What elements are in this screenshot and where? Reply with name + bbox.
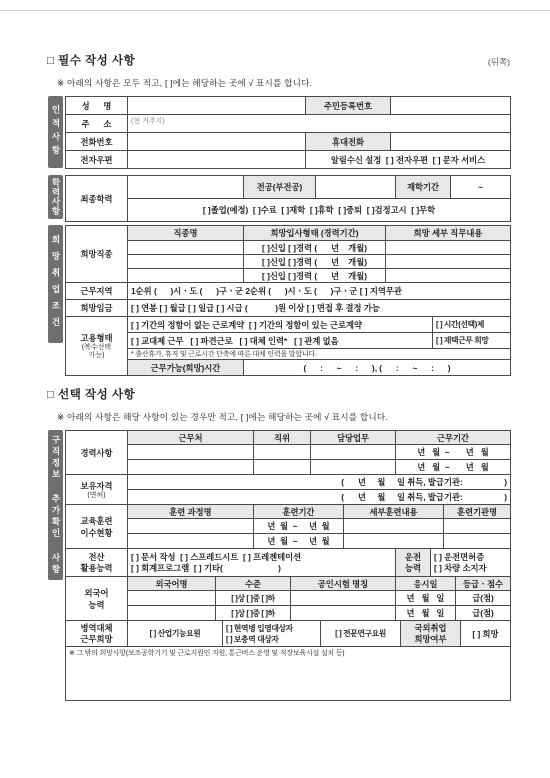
- career-header-row: 경력사항 근무처 직위 담당업무 근무기간: [66, 431, 511, 445]
- address-hint: (현 거주지): [131, 118, 165, 125]
- training-label: 교육훈련 이수현황: [66, 505, 128, 549]
- course-name-input-2: [128, 534, 254, 549]
- education-table: 최종학력 전공(부전공) 재학기간 ~ [ ]졸업(예정) [ ]수료 [ ]재…: [65, 175, 511, 222]
- phone-label: 전화번호: [66, 133, 128, 151]
- form-page: □ 필수 작성 사항 (뒤쪽) ※ 아래의 사항은 모두 적고, [ ]에는 해…: [47, 52, 510, 701]
- work-region-options: 1순위 ( )시ㆍ도 ( )구ㆍ군 2순위 ( )시ㆍ도 ( )구ㆍ군 [ ] …: [128, 283, 511, 300]
- duty-input-2: [311, 460, 396, 475]
- email-label: 전자우편: [66, 151, 128, 169]
- other-wishes-note: ※ 그 밖의 희망사항(보조공학기기 및 근로지원인 지원, 통근버스 운영 및…: [66, 647, 511, 659]
- conditions-table: 희망직종 직종명 희망입사형태 (경력기간) 희망 세부 직무내용 [ ]신입 …: [65, 225, 511, 376]
- job-row-3: [ ]신입 [ ]경력 ( 년 개월): [66, 269, 511, 283]
- workplace-input-2: [128, 460, 254, 475]
- training-row-2: 년 월 ~ 년 월: [66, 534, 511, 549]
- email-input-cell: [128, 151, 306, 169]
- employment-type-label: 고용형태 (복수선택 가능): [66, 317, 128, 376]
- computer-skill-table: 전산 활용능력 [ ] 문서 작성 [ ] 스프레드시트 [ ] 프레젠테이션 …: [65, 548, 511, 577]
- work-hours-input-cell: ( : ~ : ), ( : ~ : ): [244, 360, 511, 376]
- enlistment-options: [ ] 현역병 입영대상자 [ ] 보충역 대상자: [223, 621, 321, 647]
- rrn-input-cell: [391, 97, 511, 115]
- row-education-status: [ ]졸업(예정) [ ]수료 [ ]재학 [ ]휴학 [ ]중퇴 [ ]검정고…: [66, 199, 511, 222]
- remote-work-option: [ ] 재택근무 희망: [433, 333, 511, 349]
- address-label: 주 소: [66, 115, 128, 133]
- training-period-input-1: 년 월 ~ 년 월: [254, 519, 344, 534]
- computer-skill-label: 전산 활용능력: [66, 549, 128, 577]
- desired-salary-options: [ ] 연봉 [ ] 월급 [ ] 일급 [ ] 시급 ( )원 이상 [ ] …: [128, 300, 511, 317]
- duty-header: 담당업무: [311, 431, 396, 445]
- contract-type-options: [ ] 기간의 정함이 없는 근로계약 [ ] 기간의 정함이 있는 근로계약: [128, 317, 433, 333]
- shift-work-options: [ ] 교대제 근무 [ ] 파견근로 [ ] 대체 인력* [ ] 관계 없음: [128, 333, 433, 349]
- computer-skill-options: [ ] 문서 작성 [ ] 스프레드시트 [ ] 프레젠테이션 [ ] 회계프로…: [128, 549, 396, 577]
- exam-name-header: 공인시험 명칭: [291, 577, 396, 591]
- entry-type-input-1: [ ]신입 [ ]경력 ( 년 개월): [244, 241, 386, 255]
- work-period-input-2: 년 월 ~ 년 월: [396, 460, 511, 475]
- row-final-education: 최종학력 전공(부전공) 재학기간 ~: [66, 176, 511, 199]
- career-table: 경력사항 근무처 직위 담당업무 근무기간 년 월 ~ 년 월 년 월 ~ 년 …: [65, 430, 511, 475]
- row-address: 주 소 (현 거주지): [66, 115, 511, 133]
- education-block: 학력사항 최종학력 전공(부전공) 재학기간 ~ [ ]졸업(예정) [ ]수료…: [65, 175, 510, 222]
- employment-type-sub1: (복수선택: [69, 344, 124, 352]
- license-row-2: ( 년 월 일 취득, 발급기관: ): [66, 490, 511, 505]
- employment-type-row-1: 고용형태 (복수선택 가능) [ ] 기간의 정함이 없는 근로계약 [ ] 기…: [66, 317, 511, 333]
- driving-label: 운전 능력: [396, 549, 431, 577]
- name-input-cell: [128, 97, 306, 115]
- personal-info-table: 성 명 주민등록번호 주 소 (현 거주지) 전화번호 휴대전화 전자우편 알림…: [65, 96, 511, 169]
- entry-type-header: 희망입사형태 (경력기간): [244, 226, 386, 241]
- work-period-header: 근무기간: [396, 431, 511, 445]
- overseas-employment-label: 국외취업 희망여부: [401, 621, 461, 647]
- language-table: 외국어 능력 외국어명 수준 공인시험 명칭 응시일 등급ㆍ점수 [ ]상 [ …: [65, 576, 511, 621]
- work-region-row: 근무지역 1순위 ( )시ㆍ도 ( )구ㆍ군 2순위 ( )시ㆍ도 ( )구ㆍ군…: [66, 283, 511, 300]
- page-top-rule: [0, 10, 550, 11]
- training-detail-header: 세부훈련내용: [344, 505, 444, 519]
- language-row-2: [ ]상 [ ]중 [ ]하 년 월 일 급(점): [66, 606, 511, 621]
- language-label: 외국어 능력: [66, 577, 128, 621]
- driving-options: [ ] 운전면허증 [ ] 차량 소지자: [431, 549, 511, 577]
- duty-input-1: [311, 445, 396, 460]
- employment-note-row: * 출산휴가, 휴직 및 근로시간 단축에 따른 대체 인력을 말합니다.: [66, 349, 511, 360]
- desired-salary-row: 희망임금 [ ] 연봉 [ ] 월급 [ ] 일급 [ ] 시급 ( )원 이상…: [66, 300, 511, 317]
- major-input-cell: [316, 176, 396, 199]
- optional-section-title: □ 선택 작성 사항: [47, 386, 135, 402]
- major-label: 전공(부전공): [244, 176, 316, 199]
- course-name-header: 훈련 과정명: [128, 505, 254, 519]
- training-period-header: 훈련기간: [254, 505, 344, 519]
- parttime-option: [ ] 시간(선택)제: [433, 317, 511, 333]
- exam-name-input-1: [291, 591, 396, 606]
- career-row-2: 년 월 ~ 년 월: [66, 460, 511, 475]
- other-wishes-input-row: [66, 659, 511, 701]
- job-title-input-3: [128, 269, 244, 283]
- optional-instruction-note: ※ 아래의 사항은 해당 사항이 있는 경우만 적고, [ ]에는 해당하는 곳…: [57, 411, 510, 423]
- optional-section-header: □ 선택 작성 사항: [47, 386, 510, 402]
- job-row-1: [ ]신입 [ ]경력 ( 년 개월): [66, 241, 511, 255]
- training-table: 교육훈련 이수현황 훈련 과정명 훈련기간 세부훈련내용 훈련기관명 년 월 ~…: [65, 504, 511, 549]
- exam-date-input-2: 년 월 일: [396, 606, 456, 621]
- language-name-input-2: [128, 606, 216, 621]
- entry-type-input-2: [ ]신입 [ ]경력 ( 년 개월): [244, 255, 386, 269]
- enrollment-period-input-cell: ~: [451, 176, 511, 199]
- final-education-label: 최종학력: [66, 176, 128, 222]
- language-row-1: [ ]상 [ ]중 [ ]하 년 월 일 급(점): [66, 591, 511, 606]
- job-detail-header: 희망 세부 직무내용: [386, 226, 511, 241]
- training-org-input-2: [444, 534, 511, 549]
- license-table: 보유자격 (면허) ( 년 월 일 취득, 발급기관: ) ( 년 월 일 취득…: [65, 474, 511, 505]
- license-input-1: ( 년 월 일 취득, 발급기관: ): [128, 475, 511, 490]
- exam-date-input-1: 년 월 일: [396, 591, 456, 606]
- row-phone: 전화번호 휴대전화: [66, 133, 511, 151]
- job-header-row: 희망직종 직종명 희망입사형태 (경력기간) 희망 세부 직무내용: [66, 226, 511, 241]
- career-label: 경력사항: [66, 431, 128, 475]
- back-side-label: (뒤쪽): [488, 56, 510, 68]
- job-title-header: 직종명: [128, 226, 244, 241]
- other-wishes-input-cell: [66, 659, 511, 701]
- course-name-input-1: [128, 519, 254, 534]
- language-level-input-1: [ ]상 [ ]중 [ ]하: [216, 591, 291, 606]
- enrollment-period-label: 재학기간: [396, 176, 451, 199]
- military-label: 병역대체 근무희망: [66, 621, 128, 647]
- military-row: 병역대체 근무희망 [ ] 산업기능요원 [ ] 현역병 입영대상자 [ ] 보…: [66, 621, 511, 647]
- training-row-1: 년 월 ~ 년 월: [66, 519, 511, 534]
- personal-info-block: 인적사항 성 명 주민등록번호 주 소 (현 거주지) 전화번호 휴대전화: [65, 96, 510, 169]
- name-label: 성 명: [66, 97, 128, 115]
- training-detail-input-1: [344, 519, 444, 534]
- alert-setting-cell: 알림수신 설정 [ ] 전자우편 [ ] 문자 서비스: [306, 151, 511, 169]
- license-label: 보유자격 (면허): [66, 475, 128, 505]
- mobile-input-cell: [391, 133, 511, 151]
- work-period-input-1: 년 월 ~ 년 월: [396, 445, 511, 460]
- position-header: 직위: [254, 431, 311, 445]
- employment-type-sub2: 가능): [69, 352, 124, 360]
- job-detail-input-3: [386, 269, 511, 283]
- military-table: 병역대체 근무희망 [ ] 산업기능요원 [ ] 현역병 입영대상자 [ ] 보…: [65, 620, 511, 647]
- training-period-input-2: 년 월 ~ 년 월: [254, 534, 344, 549]
- language-level-header: 수준: [216, 577, 291, 591]
- workplace-input-1: [128, 445, 254, 460]
- tab-education: 학력사항: [48, 175, 63, 219]
- training-detail-input-2: [344, 534, 444, 549]
- language-level-input-2: [ ]상 [ ]중 [ ]하: [216, 606, 291, 621]
- work-hours-label: 근무가능(희망)시간: [128, 360, 244, 376]
- overseas-employment-option: [ ] 희망: [461, 621, 511, 647]
- grade-score-header: 등급ㆍ점수: [456, 577, 511, 591]
- education-status-options: [ ]졸업(예정) [ ]수료 [ ]재학 [ ]휴학 [ ]중퇴 [ ]검정고…: [128, 199, 511, 222]
- row-name: 성 명 주민등록번호: [66, 97, 511, 115]
- job-detail-input-2: [386, 255, 511, 269]
- employment-type-row-2: [ ] 교대제 근무 [ ] 파견근로 [ ] 대체 인력* [ ] 관계 없음…: [66, 333, 511, 349]
- desired-salary-label: 희망임금: [66, 300, 128, 317]
- substitute-worker-note: * 출산휴가, 휴직 및 근로시간 단축에 따른 대체 인력을 말합니다.: [128, 349, 511, 360]
- rrn-label: 주민등록번호: [306, 97, 391, 115]
- job-detail-input-1: [386, 241, 511, 255]
- row-email: 전자우편 알림수신 설정 [ ] 전자우편 [ ] 문자 서비스: [66, 151, 511, 169]
- position-input-2: [254, 460, 311, 475]
- tab-personal-info: 인적사항: [48, 96, 63, 168]
- other-wishes-table: ※ 그 밖의 희망사항(보조공학기기 및 근로지원인 지원, 통근버스 운영 및…: [65, 646, 511, 701]
- mobile-label: 휴대전화: [306, 133, 391, 151]
- license-input-2: ( 년 월 일 취득, 발급기관: ): [128, 490, 511, 505]
- work-hours-row: 근무가능(희망)시간 ( : ~ : ), ( : ~ : ): [66, 360, 511, 376]
- job-title-input-1: [128, 241, 244, 255]
- language-header-row: 외국어 능력 외국어명 수준 공인시험 명칭 응시일 등급ㆍ점수: [66, 577, 511, 591]
- exam-date-header: 응시일: [396, 577, 456, 591]
- industrial-agent-option: [ ] 산업기능요원: [128, 621, 223, 647]
- training-header-row: 교육훈련 이수현황 훈련 과정명 훈련기간 세부훈련내용 훈련기관명: [66, 505, 511, 519]
- grade-score-input-1: 급(점): [456, 591, 511, 606]
- training-org-input-1: [444, 519, 511, 534]
- entry-type-input-3: [ ]신입 [ ]경력 ( 년 개월): [244, 269, 386, 283]
- career-row-1: 년 월 ~ 년 월: [66, 445, 511, 460]
- exam-name-input-2: [291, 606, 396, 621]
- tab-additional-job-info: 구직정보 추가확인 사항: [48, 430, 63, 580]
- phone-input-cell: [128, 133, 306, 151]
- job-title-input-2: [128, 255, 244, 269]
- training-org-header: 훈련기관명: [444, 505, 511, 519]
- conditions-block: 희망취업조건 희망직종 직종명 희망입사형태 (경력기간) 희망 세부 직무내용…: [65, 225, 510, 376]
- work-region-label: 근무지역: [66, 283, 128, 300]
- tab-conditions: 희망취업조건: [48, 225, 63, 343]
- license-sub-label: (면허): [69, 492, 124, 500]
- language-name-input-1: [128, 591, 216, 606]
- language-name-header: 외국어명: [128, 577, 216, 591]
- address-input-cell: (현 거주지): [128, 115, 511, 133]
- grade-score-input-2: 급(점): [456, 606, 511, 621]
- position-input-1: [254, 445, 311, 460]
- required-section-title: □ 필수 작성 사항: [47, 52, 135, 68]
- required-section-header: □ 필수 작성 사항 (뒤쪽): [47, 52, 510, 68]
- other-wishes-note-row: ※ 그 밖의 희망사항(보조공학기기 및 근로지원인 지원, 통근버스 운영 및…: [66, 647, 511, 659]
- license-row-1: 보유자격 (면허) ( 년 월 일 취득, 발급기관: ): [66, 475, 511, 490]
- desired-job-label: 희망직종: [66, 226, 128, 283]
- research-agent-option: [ ] 전문연구요원: [321, 621, 401, 647]
- required-instruction-note: ※ 아래의 사항은 모두 적고, [ ]에는 해당하는 곳에 √ 표시를 합니다…: [57, 77, 510, 89]
- final-education-input-cell: [128, 176, 244, 199]
- workplace-header: 근무처: [128, 431, 254, 445]
- job-row-2: [ ]신입 [ ]경력 ( 년 개월): [66, 255, 511, 269]
- optional-info-block: 구직정보 추가확인 사항 경력사항 근무처 직위 담당업무 근무기간 년 월 ~…: [65, 430, 510, 701]
- computer-skill-row: 전산 활용능력 [ ] 문서 작성 [ ] 스프레드시트 [ ] 프레젠테이션 …: [66, 549, 511, 577]
